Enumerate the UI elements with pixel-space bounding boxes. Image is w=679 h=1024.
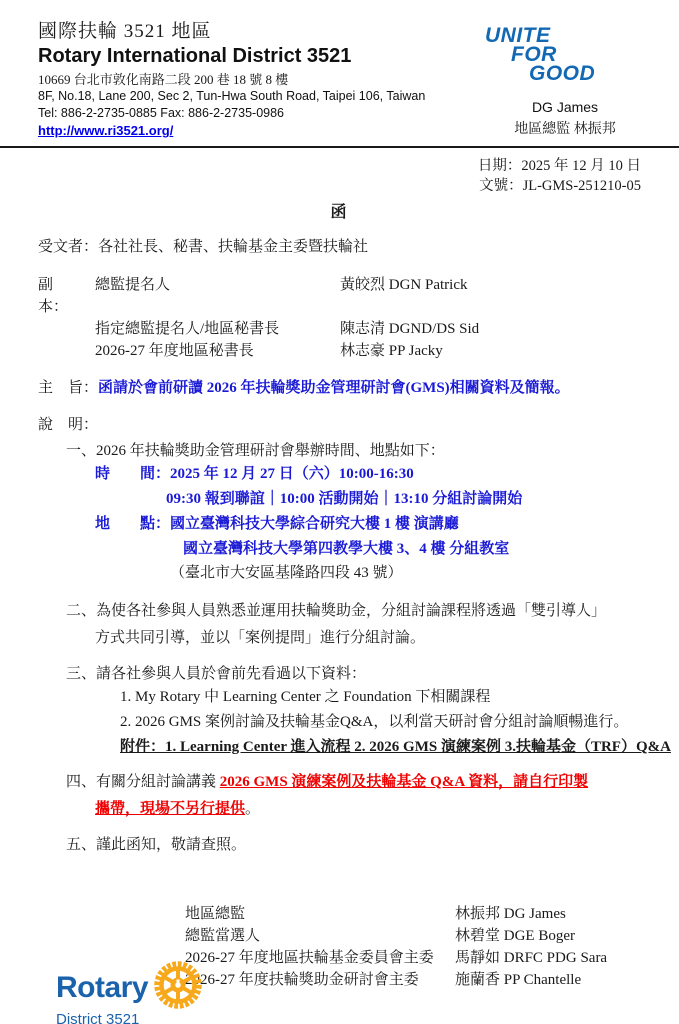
- attachment-line: 附件：1. Learning Center 進入流程 2. 2026 GMS 演…: [120, 735, 679, 760]
- item-3: 三、請各社參與人員於會前先看過以下資料：: [66, 664, 679, 685]
- item-4-suffix: 。: [245, 801, 260, 817]
- signature-title: 2026-27 年度地區扶輪基金委員會主委: [185, 947, 455, 969]
- cc-block: 副 本： 總監提名人 黃皎烈 DGN Patrick 指定總監提名人/地區秘書長…: [38, 274, 679, 362]
- item-3-sub2: 2. 2026 GMS 案例討論及扶輪基金Q&A，以利當天研討會分組討論順暢進行…: [120, 710, 679, 735]
- event-time-line: 時 間：2025 年 12 月 27 日（六）10:00-16:30: [95, 462, 679, 487]
- item-4-prefix: 四、有關分組討論講義: [66, 774, 220, 790]
- item-3-sub1: 1. My Rotary 中 Learning Center 之 Foundat…: [120, 685, 679, 710]
- doc-date: 日期：2025 年 12 月 10 日: [0, 156, 641, 176]
- header-divider: [0, 146, 679, 148]
- event-place-line: 地 點：國立臺灣科技大學綜合研究大樓 1 樓 演講廳: [95, 512, 679, 537]
- cc-title: 指定總監提名人/地區秘書長: [95, 318, 340, 340]
- rotary-logo: Rotary District 3521: [56, 960, 203, 1024]
- subject-label: 主 旨：: [38, 380, 98, 396]
- doc-title: 函: [0, 199, 679, 222]
- cc-title: 總監提名人: [95, 274, 340, 318]
- signature-name: 施蘭香 PP Chantelle: [455, 969, 581, 991]
- signature-title: 地區總監: [185, 903, 455, 925]
- item-2: 二、為使各社參與人員熟悉並運用扶輪獎助金，分組討論課程將透過「雙引導人」 方式共…: [66, 598, 679, 652]
- event-time-detail: 09:30 報到聯誼｜10:00 活動開始｜13:10 分組討論開始: [166, 487, 679, 512]
- signature-row: 地區總監 林振邦 DG James: [185, 903, 679, 925]
- dg-name-zh: 地區總監 林振邦: [485, 118, 645, 138]
- signature-block: 地區總監 林振邦 DG James 總監當選人 林碧堂 DGE Boger 20…: [185, 903, 679, 991]
- cc-row: 2026-27 年度地區秘書長 林志豪 PP Jacky: [38, 340, 679, 362]
- letter-page: 國際扶輪 3521 地區 Rotary International Distri…: [0, 0, 679, 1024]
- org-name-en: Rotary International District 3521: [38, 44, 485, 68]
- cc-row: 副 本： 總監提名人 黃皎烈 DGN Patrick: [38, 274, 679, 318]
- cc-name: 陳志清 DGND/DS Sid: [340, 318, 479, 340]
- event-place-address: （臺北市大安區基隆路四段 43 號）: [170, 562, 679, 585]
- tel-fax: Tel: 886-2-2735-0885 Fax: 886-2-2735-098…: [38, 105, 485, 122]
- item-4-red1: 2026 GMS 演練案例及扶輪基金 Q&A 資料，請自行印製: [220, 774, 588, 790]
- org-name-zh: 國際扶輪 3521 地區: [38, 20, 485, 44]
- letterhead: 國際扶輪 3521 地區 Rotary International Distri…: [0, 0, 679, 140]
- item-5: 五、謹此函知，敬請查照。: [66, 835, 679, 856]
- signature-row: 2026-27 年度地區扶輪基金委員會主委 馬靜如 DRFC PDG Sara: [185, 947, 679, 969]
- website-link[interactable]: http://www.ri3521.org/: [38, 122, 173, 139]
- doc-meta: 日期：2025 年 12 月 10 日 文號：JL-GMS-251210-05: [0, 156, 679, 196]
- rotary-wordmark: Rotary: [56, 971, 148, 1005]
- subject-line: 主 旨：函請於會前研讀 2026 年扶輪獎助金管理研討會(GMS)相關資料及簡報…: [38, 377, 679, 399]
- item-2-line2: 方式共同引導，並以「案例提問」進行分組討論。: [95, 625, 679, 652]
- signature-title: 總監當選人: [185, 925, 455, 947]
- signature-row: 總監當選人 林碧堂 DGE Boger: [185, 925, 679, 947]
- recipient-line: 受文者：各社社長、秘書、扶輪基金主委暨扶輪社: [38, 237, 679, 258]
- address-en: 8F, No.18, Lane 200, Sec 2, Tun-Hwa Sout…: [38, 88, 485, 105]
- item-4-red2: 攜帶，現場不另行提供: [95, 801, 245, 817]
- event-place-line2: 國立臺灣科技大學第四教學大樓 3、4 樓 分組教室: [183, 537, 679, 562]
- slogan-line-1: UNITE: [485, 26, 645, 45]
- letterhead-left: 國際扶輪 3521 地區 Rotary International Distri…: [38, 20, 485, 140]
- explain-label: 說 明：: [38, 415, 679, 436]
- letter-body: 受文者：各社社長、秘書、扶輪基金主委暨扶輪社 副 本： 總監提名人 黃皎烈 DG…: [0, 237, 679, 991]
- cc-title: 2026-27 年度地區秘書長: [95, 340, 340, 362]
- letterhead-right: UNITE FOR GOOD DG James 地區總監 林振邦: [485, 20, 645, 140]
- cc-name: 林志豪 PP Jacky: [340, 340, 443, 362]
- cc-row: 指定總監提名人/地區秘書長 陳志清 DGND/DS Sid: [38, 318, 679, 340]
- signature-name: 林碧堂 DGE Boger: [455, 925, 575, 947]
- slogan-line-3: GOOD: [485, 64, 645, 83]
- item-4-line2: 攜帶，現場不另行提供。: [95, 796, 679, 823]
- signature-name: 馬靜如 DRFC PDG Sara: [455, 947, 607, 969]
- cc-name: 黃皎烈 DGN Patrick: [340, 274, 468, 318]
- doc-number: 文號：JL-GMS-251210-05: [0, 176, 641, 196]
- dg-name-en: DG James: [485, 99, 645, 115]
- subject-text: 函請於會前研讀 2026 年扶輪獎助金管理研討會(GMS)相關資料及簡報。: [98, 380, 570, 396]
- rotary-wheel-icon: [153, 960, 203, 1015]
- signature-name: 林振邦 DG James: [455, 903, 566, 925]
- item-4-line1: 四、有關分組討論講義 2026 GMS 演練案例及扶輪基金 Q&A 資料，請自行…: [66, 769, 679, 796]
- address-zh: 10669 台北市敦化南路二段 200 巷 18 號 8 樓: [38, 71, 485, 88]
- item-4: 四、有關分組討論講義 2026 GMS 演練案例及扶輪基金 Q&A 資料，請自行…: [66, 769, 679, 823]
- signature-title: 2026-27 年度扶輪獎助金研討會主委: [185, 969, 455, 991]
- item-2-line1: 二、為使各社參與人員熟悉並運用扶輪獎助金，分組討論課程將透過「雙引導人」: [66, 598, 679, 625]
- cc-label: 副 本：: [38, 274, 95, 318]
- unite-for-good-slogan: UNITE FOR GOOD: [485, 26, 645, 83]
- signature-row: 2026-27 年度扶輪獎助金研討會主委 施蘭香 PP Chantelle: [185, 969, 679, 991]
- item-1: 一、2026 年扶輪獎助金管理研討會舉辦時間、地點如下：: [66, 441, 679, 462]
